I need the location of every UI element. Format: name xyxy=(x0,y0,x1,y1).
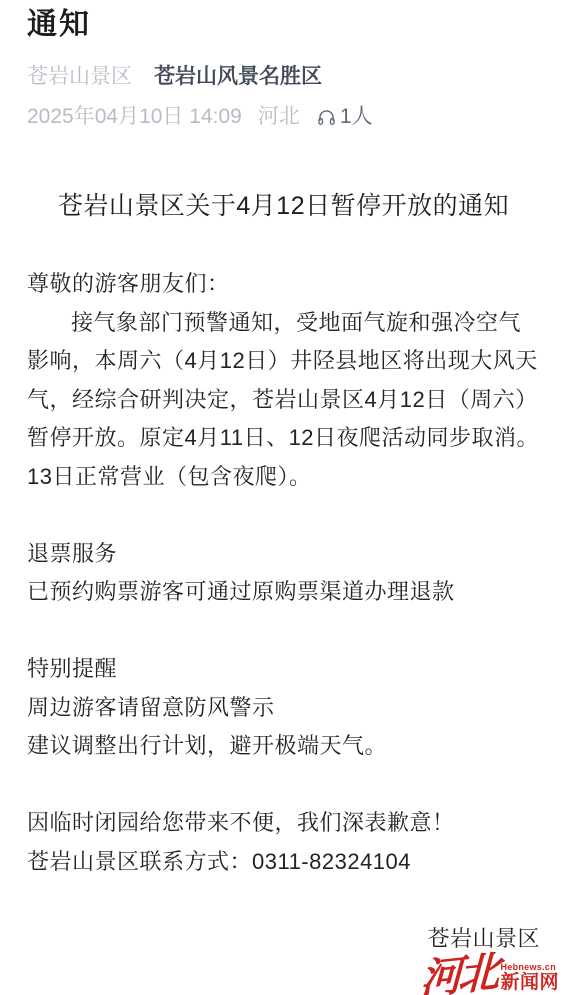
paragraph-spacer xyxy=(27,612,540,651)
publish-datetime: 2025年04月10日 14:09 xyxy=(27,103,242,131)
section-line-refund: 已预约购票游客可通过原购票渠道办理退款 xyxy=(27,573,540,612)
salutation: 尊敬的游客朋友们： xyxy=(27,265,540,304)
section-heading-refund: 退票服务 xyxy=(27,535,540,574)
section-line-reminder-2: 建议调整出行计划，避开极端天气。 xyxy=(27,727,540,766)
main-paragraph: 接气象部门预警通知，受地面气旋和强冷空气影响，本周六（4月12日）井陉县地区将出… xyxy=(27,304,540,497)
notice-page: 通知 苍岩山景区 苍岩山风景名胜区 2025年04月10日 14:09 河北 1… xyxy=(0,0,567,958)
page-title: 通知 xyxy=(27,6,540,44)
apology-line: 因临时闭园给您带来不便，我们深表歉意！ xyxy=(27,804,540,843)
meta-row: 2025年04月10日 14:09 河北 1人 xyxy=(27,103,540,131)
publish-region: 河北 xyxy=(258,103,300,131)
article-body: 尊敬的游客朋友们： 接气象部门预警通知，受地面气旋和强冷空气影响，本周六（4月1… xyxy=(27,265,540,958)
byline: 苍岩山景区 苍岩山风景名胜区 xyxy=(27,64,540,90)
byline-source: 苍岩山景区 xyxy=(27,64,132,90)
hebnews-site-name: 新闻网 xyxy=(500,972,559,993)
headphones-icon xyxy=(316,107,337,128)
article-title: 苍岩山景区关于4月12日暂停开放的通知 xyxy=(27,186,540,222)
hebei-calligraphy-logo: 河北 xyxy=(420,952,497,995)
hebnews-logo-text: Hebnews.cn 新闻网 xyxy=(500,956,559,993)
listen-button[interactable]: 1人 xyxy=(316,103,373,131)
section-line-reminder-1: 周边游客请留意防风警示 xyxy=(27,689,540,728)
section-heading-reminder: 特别提醒 xyxy=(27,650,540,689)
contact-line: 苍岩山景区联系方式：0311-82324104 xyxy=(27,843,540,882)
listen-count: 1人 xyxy=(340,103,373,131)
hebnews-url: Hebnews.cn xyxy=(500,962,556,972)
paragraph-spacer xyxy=(27,496,540,535)
byline-account-link[interactable]: 苍岩山风景名胜区 xyxy=(154,64,322,90)
hebnews-watermark-logo: 河北 Hebnews.cn 新闻网 xyxy=(420,956,559,995)
paragraph-spacer xyxy=(27,766,540,805)
paragraph-spacer xyxy=(27,881,540,920)
